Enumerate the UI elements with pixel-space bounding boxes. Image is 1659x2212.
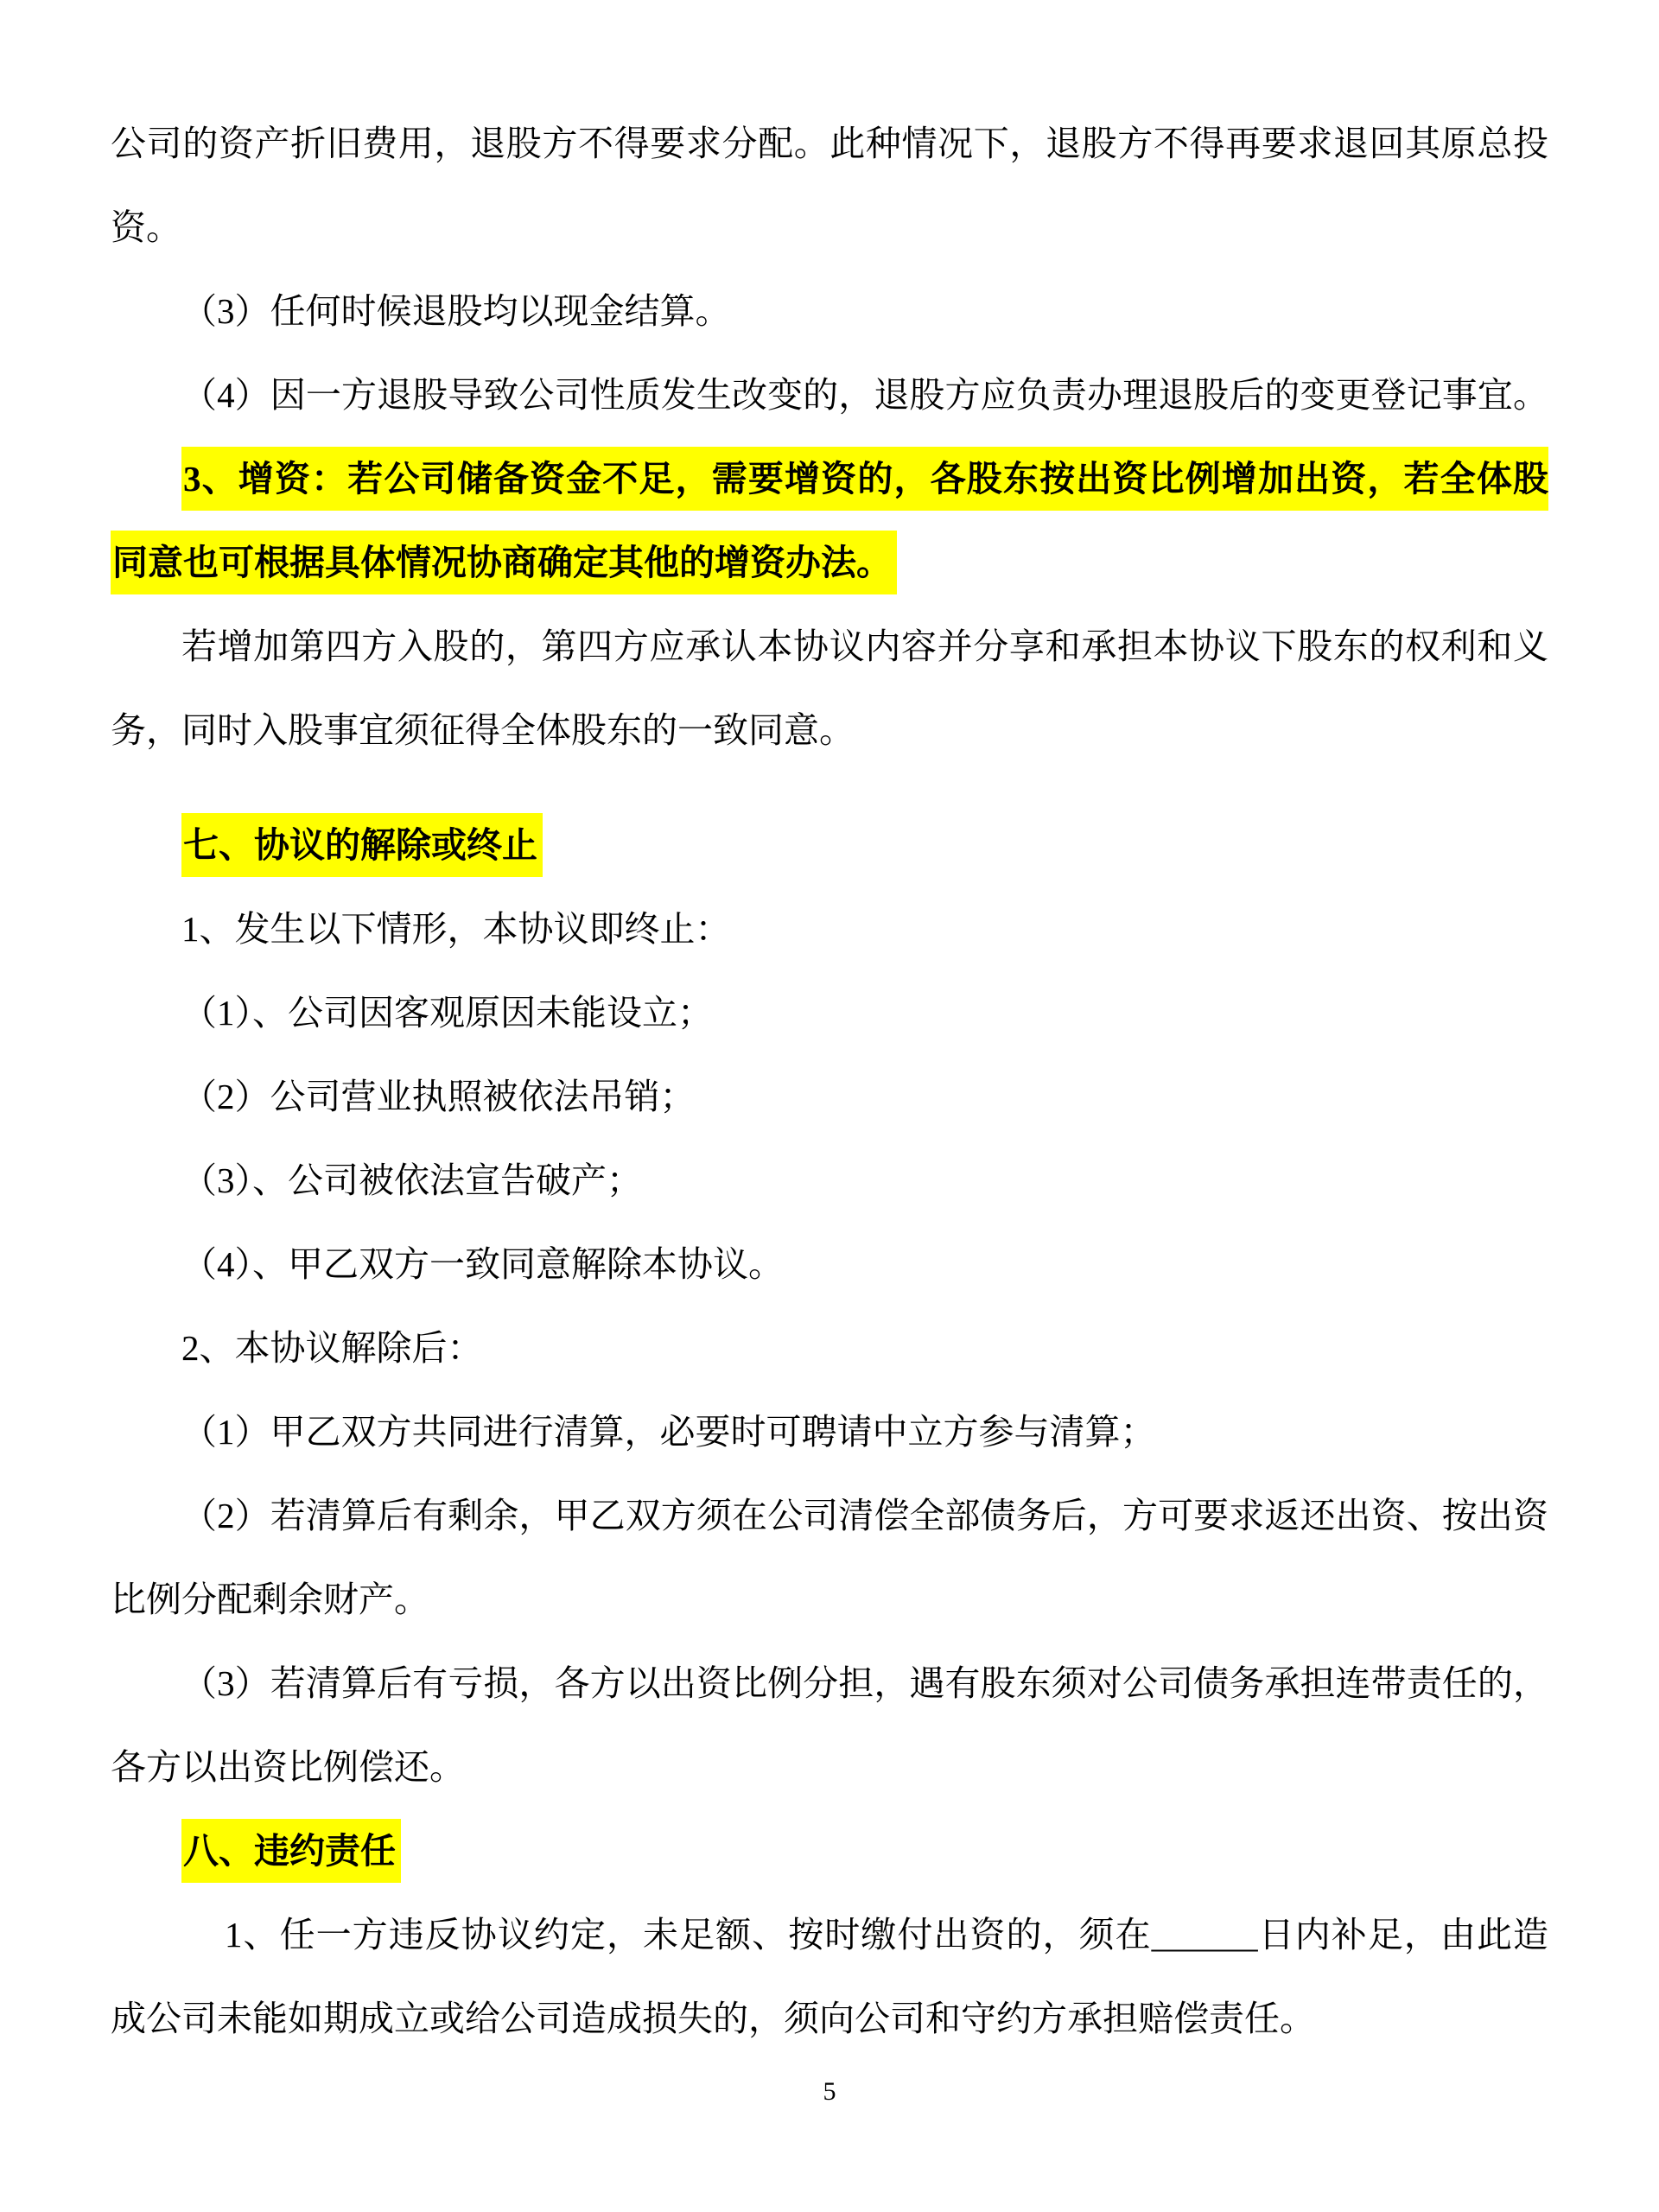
paragraph-line: 务，同时入股事宜须征得全体股东的一致同意。 (111, 689, 1548, 772)
clause-line: （1）、公司因客观原因未能设立； (111, 971, 1548, 1055)
clause-line: 2、本协议解除后： (111, 1306, 1548, 1390)
section-heading-7: 七、协议的解除或终止 (111, 804, 1548, 887)
page-number: 5 (111, 2066, 1548, 2118)
clause-line: （3）、公司被依法宣告破产； (111, 1139, 1548, 1223)
paragraph-line: 若增加第四方入股的，第四方应承认本协议内容并分享和承担本协议下股东的权利和义 (111, 605, 1548, 689)
document-page: 公司的资产折旧费用，退股方不得要求分配。此种情况下，退股方不得再要求退回其原总投… (0, 0, 1659, 2118)
highlight-mark: 七、协议的解除或终止 (181, 813, 543, 877)
paragraph-line: 资。 (111, 186, 1548, 270)
highlight-mark: 八、违约责任 (181, 1819, 401, 1883)
clause-line: 1、发生以下情形，本协议即终止： (111, 887, 1548, 971)
highlighted-clause: 同意也可根据具体情况协商确定其他的增资办法。 (111, 521, 1548, 605)
highlight-mark: 同意也可根据具体情况协商确定其他的增资办法。 (111, 531, 897, 594)
clause-line: （1）甲乙双方共同进行清算，必要时可聘请中立方参与清算； (111, 1390, 1548, 1474)
section-heading-8: 八、违约责任 (111, 1809, 1548, 1893)
clause-line: （3）任何时候退股均以现金结算。 (111, 270, 1548, 353)
clause-line: （3）若清算后有亏损，各方以出资比例分担，遇有股东须对公司债务承担连带责任的， (111, 1642, 1548, 1726)
highlight-mark: 3、增资：若公司储备资金不足，需要增资的，各股东按出资比例增加出资，若全体股东 (181, 447, 1548, 521)
clause-line: 1、任一方违反协议约定，未足额、按时缴付出资的，须在______日内补足，由此造 (111, 1893, 1548, 1977)
paragraph-line: 各方以出资比例偿还。 (111, 1726, 1548, 1809)
clause-line: （4）因一方退股导致公司性质发生改变的，退股方应负责办理退股后的变更登记事宜。 (111, 353, 1548, 437)
clause-line: （2）若清算后有剩余，甲乙双方须在公司清偿全部债务后，方可要求返还出资、按出资 (111, 1474, 1548, 1558)
clause-line: （2）公司营业执照被依法吊销； (111, 1055, 1548, 1139)
clause-line: （4）、甲乙双方一致同意解除本协议。 (111, 1223, 1548, 1306)
paragraph-line: 成公司未能如期成立或给公司造成损失的，须向公司和守约方承担赔偿责任。 (111, 1977, 1548, 2061)
paragraph-line: 公司的资产折旧费用，退股方不得要求分配。此种情况下，退股方不得再要求退回其原总投 (111, 102, 1548, 186)
paragraph-line: 比例分配剩余财产。 (111, 1558, 1548, 1642)
highlighted-clause: 3、增资：若公司储备资金不足，需要增资的，各股东按出资比例增加出资，若全体股东 (111, 437, 1548, 521)
